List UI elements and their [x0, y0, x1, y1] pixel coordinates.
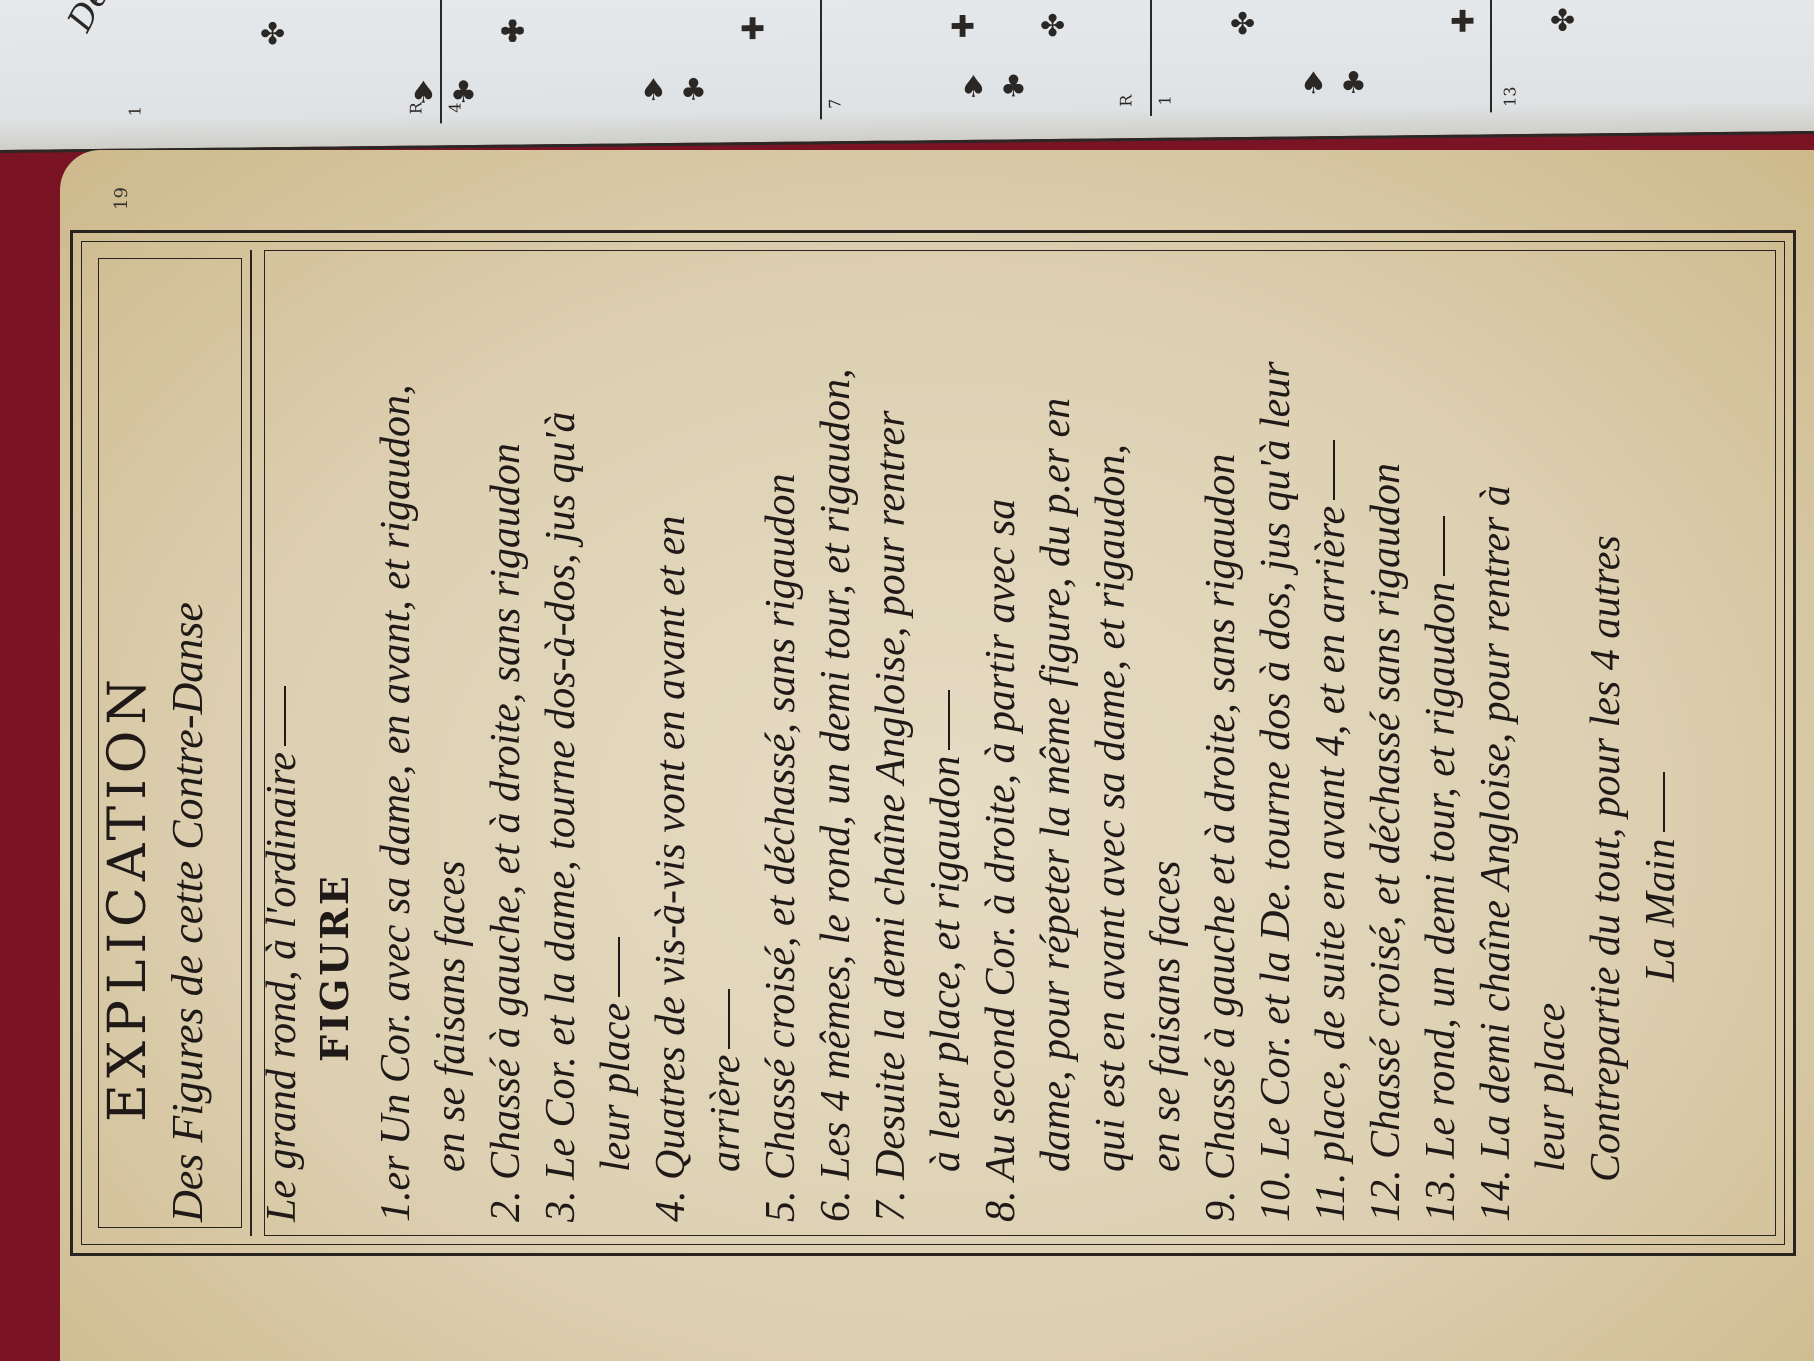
instruction-line: 3. Le Cor. et la dame, tourne dos-à-dos,… [537, 412, 597, 1222]
trefoil-icon: ✤ [1550, 4, 1575, 39]
rule-dash [728, 989, 730, 1049]
page-number: 19 [111, 187, 132, 210]
instruction-line: 10. Le Cor. et la De. tourne dos à dos, … [1252, 361, 1312, 1222]
rule-dash [1333, 440, 1335, 500]
instruction-line-text: 9. Chassé à gauche et à droite, sans rig… [1198, 454, 1244, 1222]
instruction-line: 4. Quatres de vis-à-vis vont en avant et… [647, 516, 707, 1222]
rule-dash [1663, 772, 1665, 832]
instruction-line: arrière [702, 989, 762, 1172]
plate-number: 1 [126, 106, 145, 116]
document-title-text: EXPLICATION [98, 673, 158, 1122]
instruction-line: qui est en avant avec sa dame, et rigaud… [1087, 444, 1147, 1172]
instruction-line: leur place [592, 937, 652, 1172]
instruction-line: 7. Desuite la demi chaîne Angloise, pour… [867, 411, 927, 1223]
instruction-line: Contrepartie du tout, pour les 4 autres [1582, 535, 1642, 1182]
instruction-line-text: 14. La demi chaîne Angloise, pour rentre… [1473, 485, 1519, 1222]
instruction-line: 1.er Un Cor. avec sa dame, en avant, et … [372, 384, 432, 1222]
instruction-line: 11. place, de suite en avant 4, et en ar… [1307, 440, 1367, 1222]
cross-icon: ✚ [950, 10, 975, 45]
instruction-line-text: en se faisans faces [428, 861, 474, 1172]
instruction-line: 13. Le rond, un demi tour, et rigaudon [1417, 516, 1477, 1222]
plate-number: 1 [1156, 95, 1175, 105]
trefoil-icon: ✤ [500, 15, 525, 50]
instruction-line: en se faisans faces [1142, 861, 1202, 1172]
plate-cell: ✤ ✚ ♠ ♣ 1 R [120, 0, 442, 127]
instruction-line: à leur place, et rigaudon [922, 690, 982, 1172]
rule-dash [284, 686, 286, 746]
section-heading: FIGURE [312, 873, 372, 1062]
trefoil-icon: ✤ [1040, 9, 1065, 44]
rule-dash [1443, 516, 1445, 576]
instruction-line-text: à leur place, et rigaudon [923, 756, 969, 1172]
instruction-line-text: 4. Quatres de vis-à-vis vont en avant et… [648, 516, 694, 1222]
instruction-line-text: arrière [703, 1055, 749, 1172]
instruction-line-text: 6. Les 4 mêmes, le rond, un demi tour, e… [813, 368, 859, 1222]
page-inner-border: EXPLICATIONDes Figures de cette Contre-D… [81, 241, 1785, 1245]
instruction-line: 14. La demi chaîne Angloise, pour rentre… [1472, 485, 1532, 1222]
instruction-line-text: 12. Chassé croisé, et déchassé sans riga… [1363, 463, 1409, 1222]
instruction-line-text: qui est en avant avec sa dame, et rigaud… [1088, 444, 1134, 1172]
instruction-line-text: dame, pour répeter la même figure, du p.… [1033, 398, 1079, 1172]
cross-icon: ✚ [740, 12, 765, 47]
dancer-man-icon: ♣ [680, 73, 707, 108]
instruction-line-text: 10. Le Cor. et la De. tourne dos à dos, … [1253, 361, 1299, 1222]
plate-letter: R [407, 102, 426, 114]
instruction-line-text: en se faisans faces [1143, 861, 1189, 1172]
instruction-line: 12. Chassé croisé, et déchassé sans riga… [1362, 463, 1422, 1222]
instruction-line-text: 13. Le rond, un demi tour, et rigaudon [1418, 582, 1464, 1222]
plate-cell: ✤ ✚ ♠ ♣ 1 [1150, 0, 1492, 116]
instruction-line: en se faisans faces [427, 861, 487, 1172]
intro-line-text: Le grand rond, à l'ordinaire [259, 752, 305, 1222]
instruction-line: leur place [1527, 1003, 1587, 1172]
instruction-line: 8. Au second Cor. à droite, à partir ave… [977, 499, 1037, 1222]
dancer-woman-icon: ♠ [960, 70, 987, 105]
document-page: 19 EXPLICATIONDes Figures de cette Contr… [60, 150, 1814, 1361]
plate-cell: ✤ ✚ ♠ ♣ 4 [440, 0, 822, 123]
instruction-line: 6. Les 4 mêmes, le rond, un demi tour, e… [812, 368, 872, 1222]
plate-number: 13 [1501, 86, 1520, 107]
document-title: EXPLICATION [98, 673, 158, 1122]
instruction-line-text: 8. Au second Cor. à droite, à partir ave… [978, 499, 1024, 1222]
instruction-line-text: 11. place, de suite en avant 4, et en ar… [1308, 506, 1354, 1222]
trefoil-icon: ✤ [260, 17, 285, 52]
instruction-line: 9. Chassé à gauche et à droite, sans rig… [1197, 454, 1257, 1222]
document-subtitle: Des Figures de cette Contre-Danse [162, 602, 222, 1222]
intro-line: Le grand rond, à l'ordinaire [258, 686, 318, 1222]
page-border: EXPLICATIONDes Figures de cette Contre-D… [70, 230, 1796, 1256]
instruction-line: 2. Chassé à gauche, et à droite, sans ri… [482, 443, 542, 1222]
dancer-woman-icon: ♠ [1300, 66, 1327, 101]
dancer-woman-icon: ♠ [640, 73, 667, 108]
plate-number: 7 [826, 99, 845, 109]
rule-dash [618, 937, 620, 997]
instruction-line-text: 1.er Un Cor. avec sa dame, en avant, et … [373, 384, 419, 1222]
instruction-line-text: 3. Le Cor. et la dame, tourne dos-à-dos,… [538, 412, 584, 1222]
section-heading-text: FIGURE [312, 873, 357, 1062]
instruction-line-text: Contrepartie du tout, pour les 4 autres [1583, 535, 1629, 1182]
dancer-man-icon: ♣ [1000, 69, 1027, 104]
plate-number: 4 [446, 103, 465, 113]
instruction-line: 5. Chassé croisé, et déchassé, sans riga… [757, 473, 817, 1222]
instruction-line-text: leur place [593, 1003, 639, 1172]
diagram-plate: Des Fig ✤ ✚ ♠ ♣ 1 R ✤ ✚ ♠ ♣ 4 ✚ ✤ ♠ ♣ 7 … [0, 0, 1814, 153]
plate-cell: ✤ 13 [1490, 0, 1814, 112]
document-subtitle-text: Des Figures de cette Contre-Danse [163, 602, 212, 1222]
plate-letter: R [1117, 95, 1136, 107]
instruction-line-text: La Main [1638, 838, 1684, 982]
instruction-line: dame, pour répeter la même figure, du p.… [1032, 398, 1092, 1172]
instruction-line-text: 2. Chassé à gauche, et à droite, sans ri… [483, 443, 529, 1222]
instruction-line-text: 5. Chassé croisé, et déchassé, sans riga… [758, 473, 804, 1222]
trefoil-icon: ✤ [1230, 7, 1255, 42]
rule-dash [948, 690, 950, 750]
dancer-man-icon: ♣ [1340, 66, 1367, 101]
instruction-line: La Main [1637, 772, 1697, 982]
instruction-line-text: leur place [1528, 1003, 1574, 1172]
plate-cell: ✚ ✤ ♠ ♣ 7 R [820, 0, 1152, 119]
cross-icon: ✚ [1450, 5, 1475, 40]
instruction-line-text: 7. Desuite la demi chaîne Angloise, pour… [868, 411, 914, 1223]
